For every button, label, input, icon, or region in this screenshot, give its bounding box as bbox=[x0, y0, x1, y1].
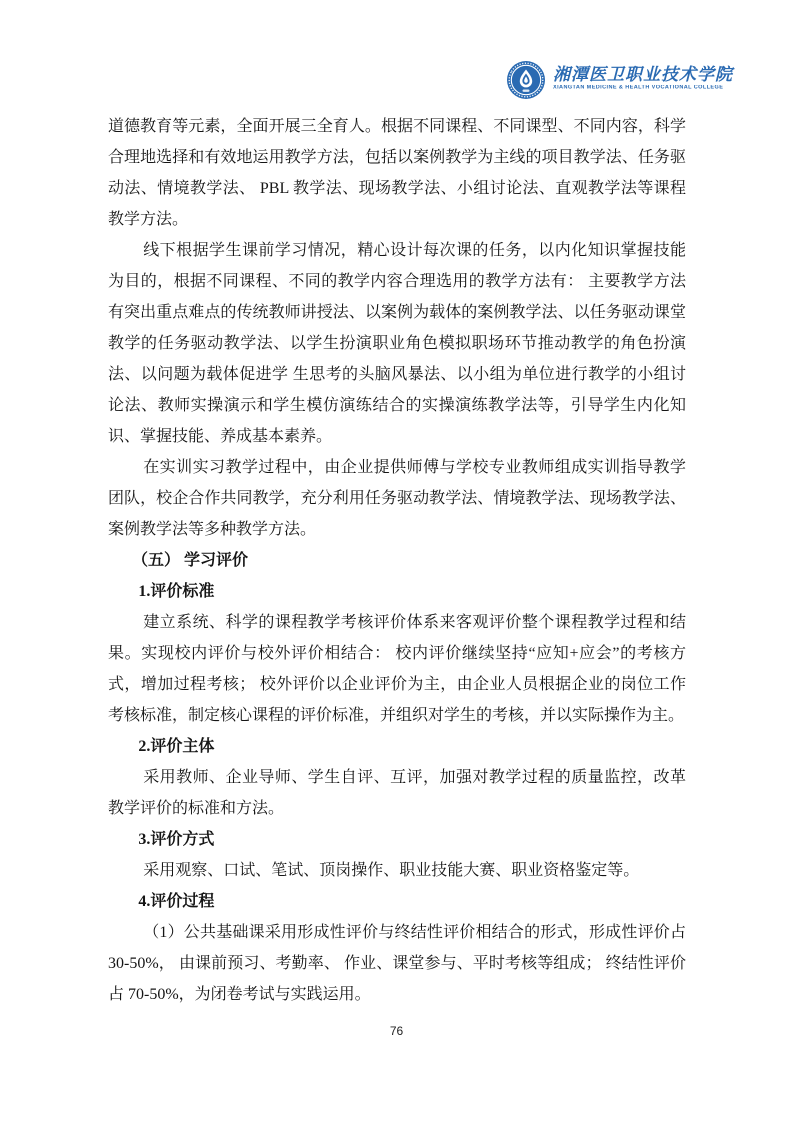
document-page: 湘潭医卫职业技术学院 XIANGTAN MEDICINE & HEALTH VO… bbox=[0, 0, 793, 1122]
paragraph-evaluation-process: （1）公共基础课采用形成性评价与终结性评价相结合的形式，形成性评价占30-50%… bbox=[108, 917, 686, 1010]
paragraph-practical-training: 在实训实习教学过程中，由企业提供师傅与学校专业教师组成实训指导教学团队，校企合作… bbox=[108, 452, 686, 545]
heading-evaluation-standard: 1.评价标准 bbox=[108, 576, 686, 607]
paragraph-evaluation-method: 采用观察、口试、笔试、顶岗操作、职业技能大赛、职业资格鉴定等。 bbox=[108, 855, 686, 886]
paragraph-evaluation-standard: 建立系统、科学的课程教学考核评价体系来客观评价整个课程教学过程和结果。实现校内评… bbox=[108, 607, 686, 731]
college-name-en: XIANGTAN MEDICINE & HEALTH VOCATIONAL CO… bbox=[553, 85, 723, 91]
paragraph-teaching-methods: 道德教育等元素，全面开展三全育人。根据不同课程、不同课型、不同内容，科学合理地选… bbox=[108, 111, 686, 235]
heading-evaluation-process: 4.评价过程 bbox=[108, 886, 686, 917]
page-number: 76 bbox=[0, 1024, 793, 1038]
section-heading-learning-evaluation: （五） 学习评价 bbox=[108, 545, 686, 576]
college-emblem-icon bbox=[506, 60, 546, 100]
paragraph-evaluation-subject: 采用教师、企业导师、学生自评、互评，加强对教学过程的质量监控，改革教学评价的标准… bbox=[108, 762, 686, 824]
paragraph-offline-teaching: 线下根据学生课前学习情况，精心设计每次课的任务，以内化知识掌握技能为目的，根据不… bbox=[108, 235, 686, 452]
college-name: 湘潭医卫职业技术学院 XIANGTAN MEDICINE & HEALTH VO… bbox=[553, 60, 738, 92]
heading-evaluation-subject: 2.评价主体 bbox=[108, 731, 686, 762]
college-name-cn: 湘潭医卫职业技术学院 bbox=[553, 65, 738, 84]
heading-evaluation-method: 3.评价方式 bbox=[108, 824, 686, 855]
header-logo: 湘潭医卫职业技术学院 XIANGTAN MEDICINE & HEALTH VO… bbox=[506, 60, 738, 100]
document-body: 道德教育等元素，全面开展三全育人。根据不同课程、不同课型、不同内容，科学合理地选… bbox=[108, 111, 686, 1010]
